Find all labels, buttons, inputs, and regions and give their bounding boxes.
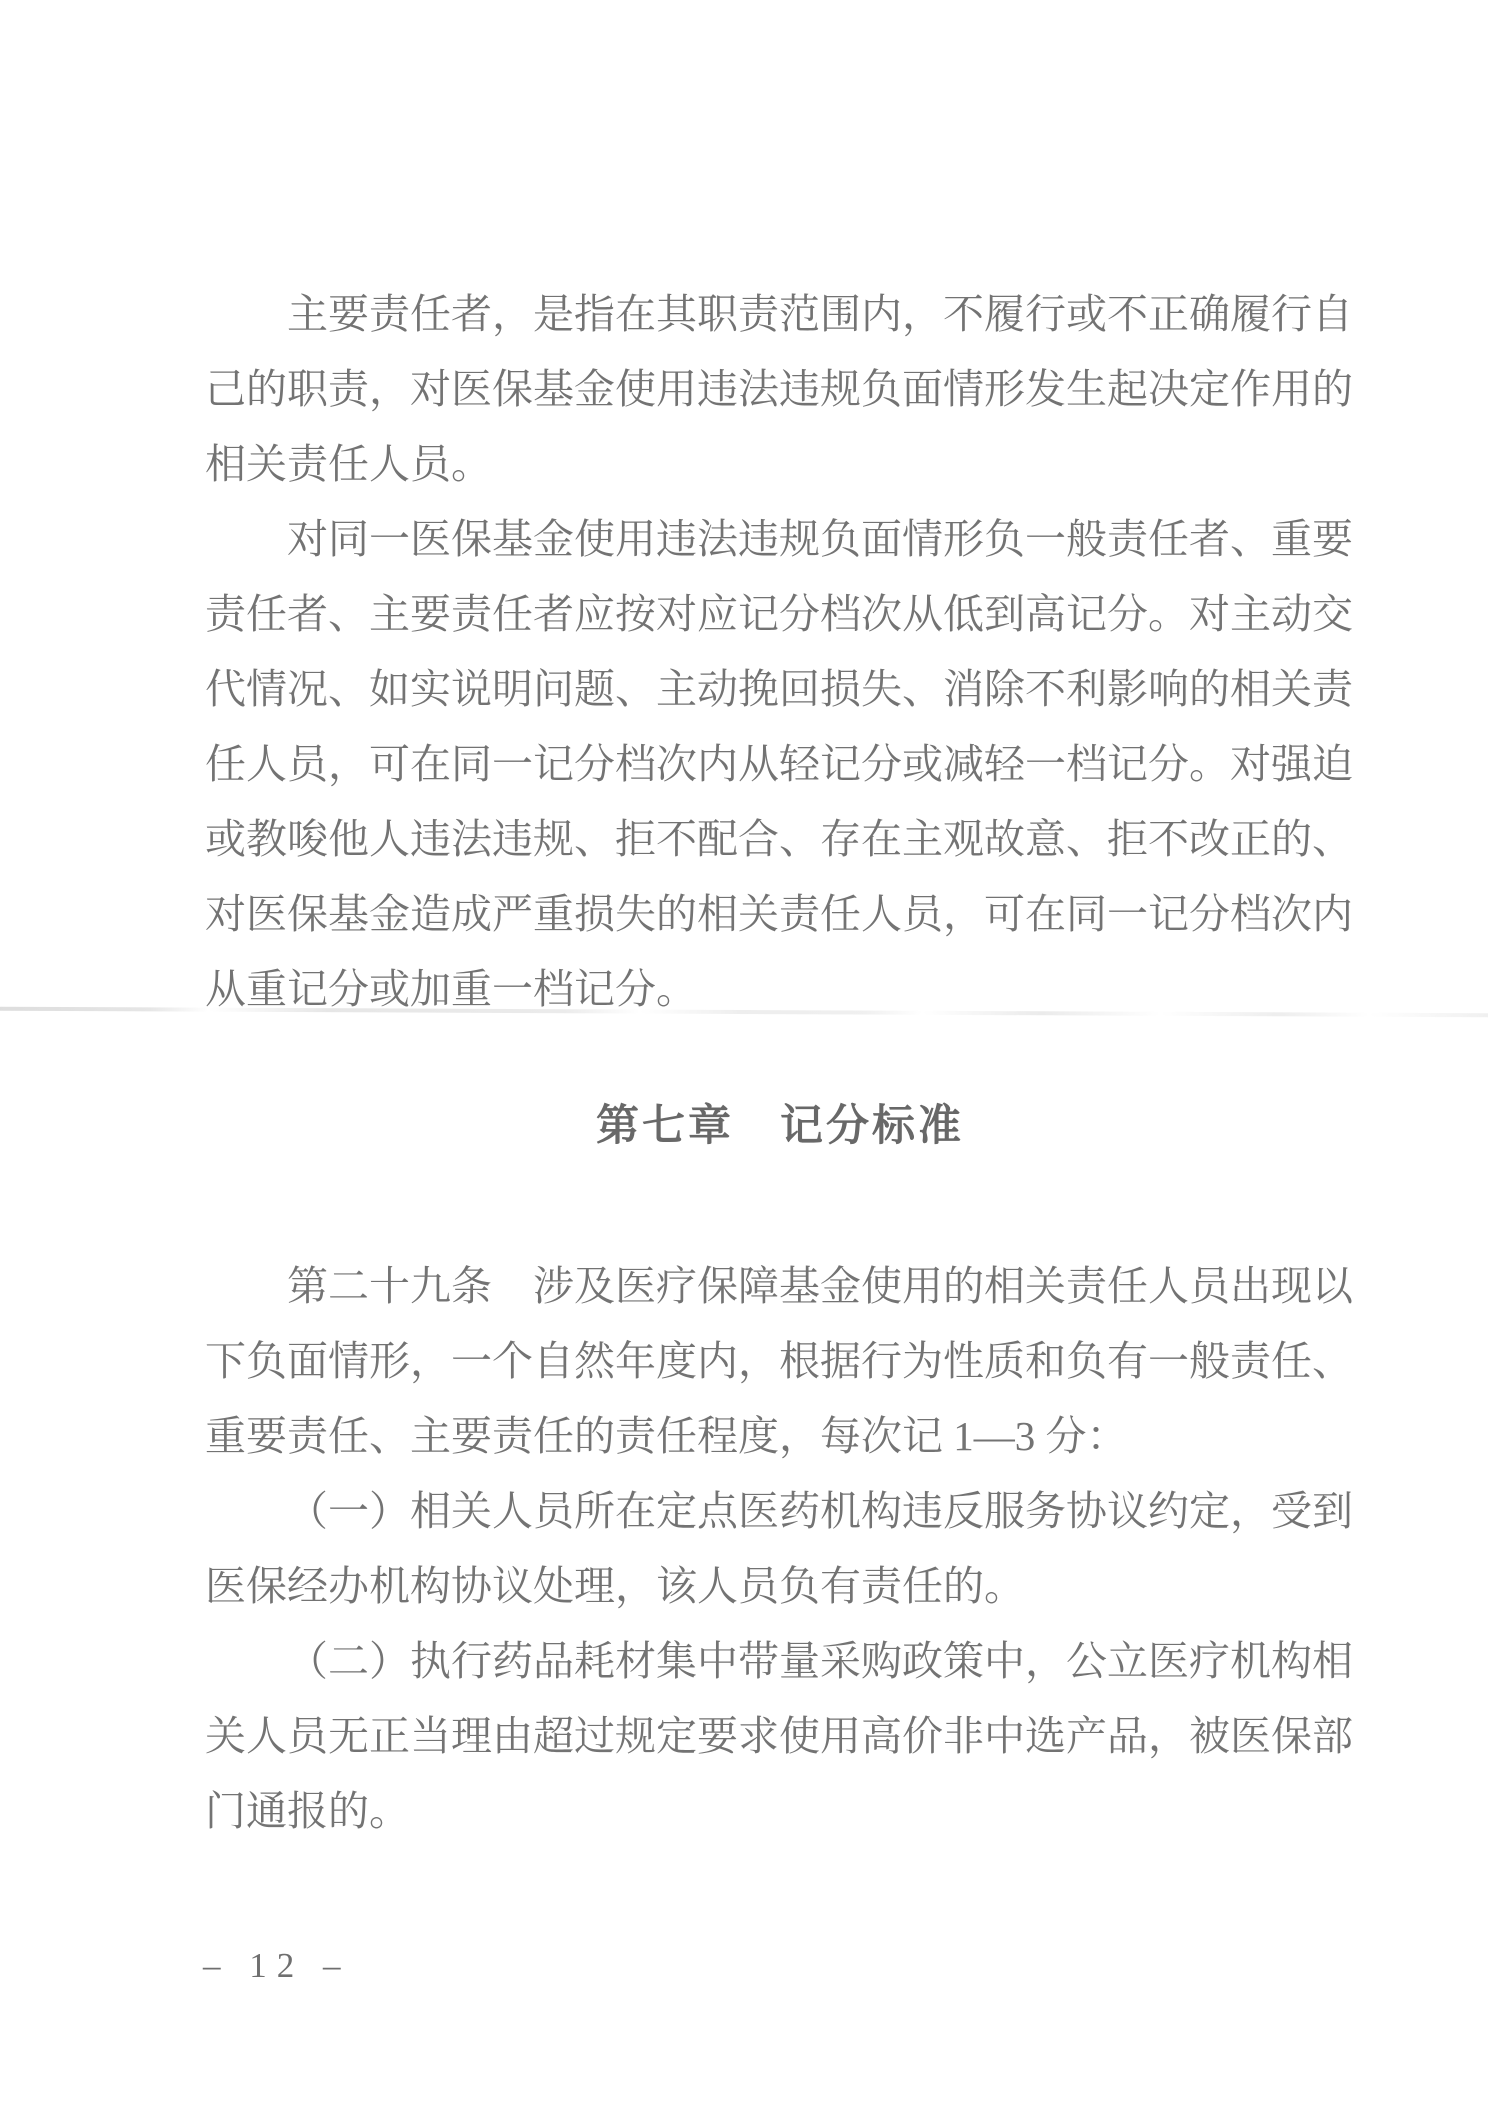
body-line: 相关责任人员。: [205, 427, 1355, 502]
body-line: 或教唆他人违法违规、拒不配合、存在主观故意、拒不改正的、: [205, 802, 1355, 877]
body-line: （一）相关人员所在定点医药机构违反服务协议约定，受到: [205, 1474, 1355, 1549]
body-line: 从重记分或加重一档记分。: [205, 952, 1355, 1027]
body-line: 己的职责，对医保基金使用违法违规负面情形发生起决定作用的: [205, 352, 1355, 427]
body-line: 重要责任、主要责任的责任程度，每次记 1—3 分：: [205, 1399, 1355, 1474]
body-line: 第二十九条 涉及医疗保障基金使用的相关责任人员出现以: [205, 1249, 1355, 1324]
body-line: 下负面情形，一个自然年度内，根据行为性质和负有一般责任、: [205, 1324, 1355, 1399]
document-page: 主要责任者，是指在其职责范围内，不履行或不正确履行自 己的职责，对医保基金使用违…: [0, 0, 1488, 2104]
body-line: 对医保基金造成严重损失的相关责任人员，可在同一记分档次内: [205, 877, 1355, 952]
body-line: 任人员，可在同一记分档次内从轻记分或减轻一档记分。对强迫: [205, 727, 1355, 802]
page-number: – 12 –: [203, 1942, 351, 1990]
body-line: 关人员无正当理由超过规定要求使用高价非中选产品，被医保部: [205, 1699, 1355, 1774]
paragraphs-bottom: 第二十九条 涉及医疗保障基金使用的相关责任人员出现以 下负面情形，一个自然年度内…: [205, 1249, 1355, 1849]
paragraphs-top: 主要责任者，是指在其职责范围内，不履行或不正确履行自 己的职责，对医保基金使用违…: [205, 277, 1355, 1027]
body-line: 代情况、如实说明问题、主动挽回损失、消除不利影响的相关责: [205, 652, 1355, 727]
body-line: 主要责任者，是指在其职责范围内，不履行或不正确履行自: [205, 277, 1355, 352]
body-line: 医保经办机构协议处理，该人员负有责任的。: [205, 1549, 1355, 1624]
body-line: 对同一医保基金使用违法违规负面情形负一般责任者、重要: [205, 502, 1355, 577]
body-line: （二）执行药品耗材集中带量采购政策中，公立医疗机构相: [205, 1624, 1355, 1699]
chapter-heading: 第七章 记分标准: [205, 1095, 1355, 1157]
body-line: 门通报的。: [205, 1774, 1355, 1849]
body-line: 责任者、主要责任者应按对应记分档次从低到高记分。对主动交: [205, 577, 1355, 652]
